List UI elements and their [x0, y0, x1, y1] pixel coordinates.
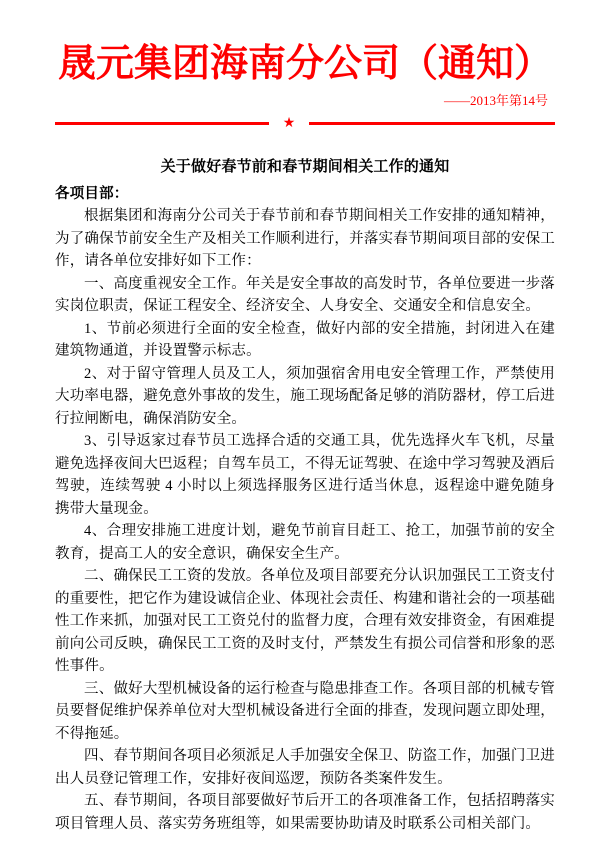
company-masthead-title: 晟元集团海南分公司（通知）	[30, 40, 580, 88]
paragraph-item-1-3: 3、引导返家过春节员工选择合适的交通工具，优先选择火车飞机，尽量避免选择夜间大巴…	[55, 430, 555, 520]
document-body: 关于做好春节前和春节期间相关工作的通知 各项目部： 根据集团和海南分公司关于春节…	[55, 157, 555, 835]
masthead: 晟元集团海南分公司（通知） ——2013年第14号 ★	[0, 40, 610, 130]
salutation: 各项目部：	[55, 183, 555, 205]
paragraph-item-1-1: 1、节前必须进行全面的安全检查，做好内部的安全措施，封闭进入在建建筑物通道，并设…	[55, 318, 555, 363]
paragraph-item-1-4: 4、合理安排施工进度计划，避免节前盲目赶工、抢工，加强节前的安全教育，提高工人的…	[55, 520, 555, 565]
paragraph-section-1: 一、高度重视安全工作。年关是安全事故的高发时节，各单位要进一步落实岗位职责，保证…	[55, 273, 555, 318]
paragraph-section-2: 二、确保民工工资的发放。各单位及项目部要充分认识加强民工工资支付的重要性，把它作…	[55, 565, 555, 678]
paragraph-intro: 根据集团和海南分公司关于春节前和春节期间相关工作安排的通知精神，为了确保节前安全…	[55, 205, 555, 273]
paragraph-section-5: 五、春节期间，各项目部要做好节后开工的各项准备工作，包括招聘落实项目管理人员、落…	[55, 790, 555, 835]
notice-page: 晟元集团海南分公司（通知） ——2013年第14号 ★ 关于做好春节前和春节期间…	[0, 0, 610, 863]
star-icon: ★	[269, 116, 309, 130]
paragraph-section-3: 三、做好大型机械设备的运行检查与隐患排查工作。各项目部的机械专管员要督促维护保养…	[55, 678, 555, 746]
document-title: 关于做好春节前和春节期间相关工作的通知	[55, 157, 555, 176]
paragraph-section-4: 四、春节期间各项目必须派足人手加强安全保卫、防盗工作，加强门卫进出人员登记管理工…	[55, 745, 555, 790]
divider-line-left	[55, 122, 269, 125]
masthead-divider: ★	[55, 116, 555, 130]
issue-number: ——2013年第14号	[0, 93, 548, 109]
paragraph-item-1-2: 2、对于留守管理人员及工人，须加强宿舍用电安全管理工作，严禁使用大功率电器，避免…	[55, 363, 555, 431]
divider-line-right	[309, 122, 555, 125]
